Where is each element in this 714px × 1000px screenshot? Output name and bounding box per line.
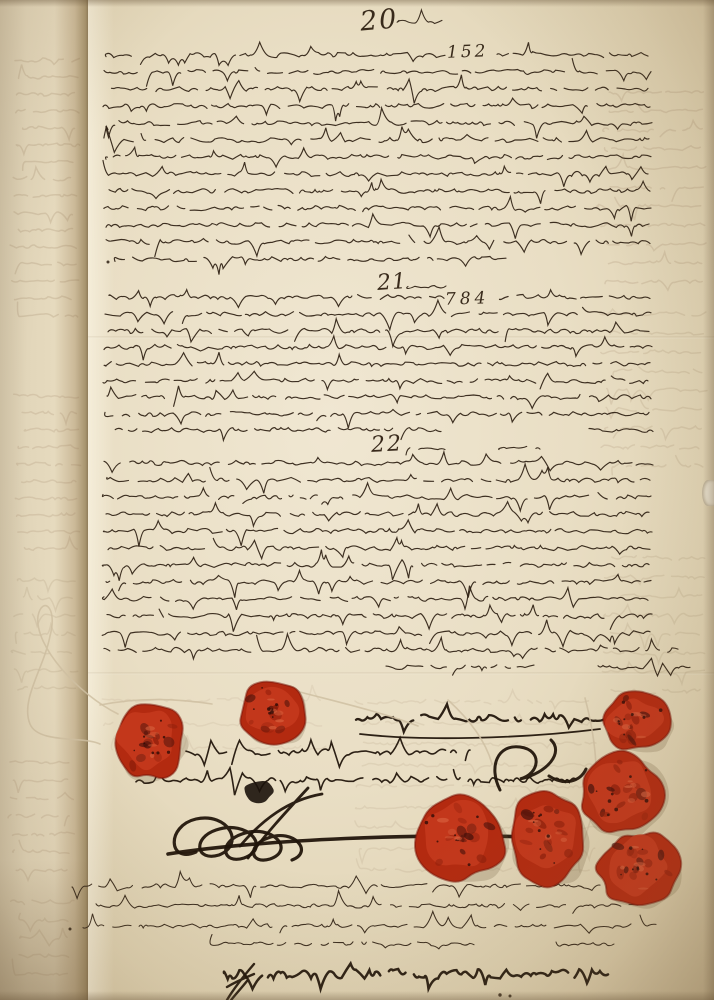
- section-20-body: [103, 42, 652, 274]
- wax-seal-1: [115, 704, 188, 782]
- section-22-body: [102, 452, 690, 676]
- section-21-label-script: [407, 286, 446, 289]
- attestation-block: [72, 872, 656, 949]
- manuscript-scan: 20 152 21 784 22: [0, 0, 714, 1000]
- section-21-body: [103, 290, 653, 441]
- section-22-label-script: [406, 446, 540, 455]
- ink-dot: [509, 995, 512, 998]
- grand-flourish-loops: [174, 818, 301, 860]
- ink-dot: [69, 928, 72, 931]
- wax-seal-6: [512, 791, 590, 888]
- ink-dot: [107, 261, 110, 264]
- section-21-number: 21: [376, 269, 408, 296]
- wax-seal-5: [596, 833, 682, 909]
- paper-tear-notch: [702, 480, 714, 506]
- thread: [448, 700, 492, 764]
- manuscript-artwork: [0, 0, 714, 1000]
- thread: [100, 700, 212, 705]
- wax-seal-2: [240, 682, 306, 745]
- section-20-label-script: [397, 10, 442, 24]
- bottom-signature-bold: [224, 964, 608, 990]
- section-21-figure: 784: [445, 288, 490, 310]
- wax-seals: [115, 682, 681, 909]
- ink-dot: [498, 993, 501, 996]
- section-20-figure: 152: [447, 41, 489, 62]
- ink-blot: [244, 781, 273, 803]
- section-20-number: 20: [359, 3, 400, 37]
- wax-seal-4: [582, 751, 669, 840]
- signature-script-2: [136, 768, 576, 795]
- section-22-number: 22: [370, 431, 403, 458]
- wax-seal-3: [603, 691, 674, 752]
